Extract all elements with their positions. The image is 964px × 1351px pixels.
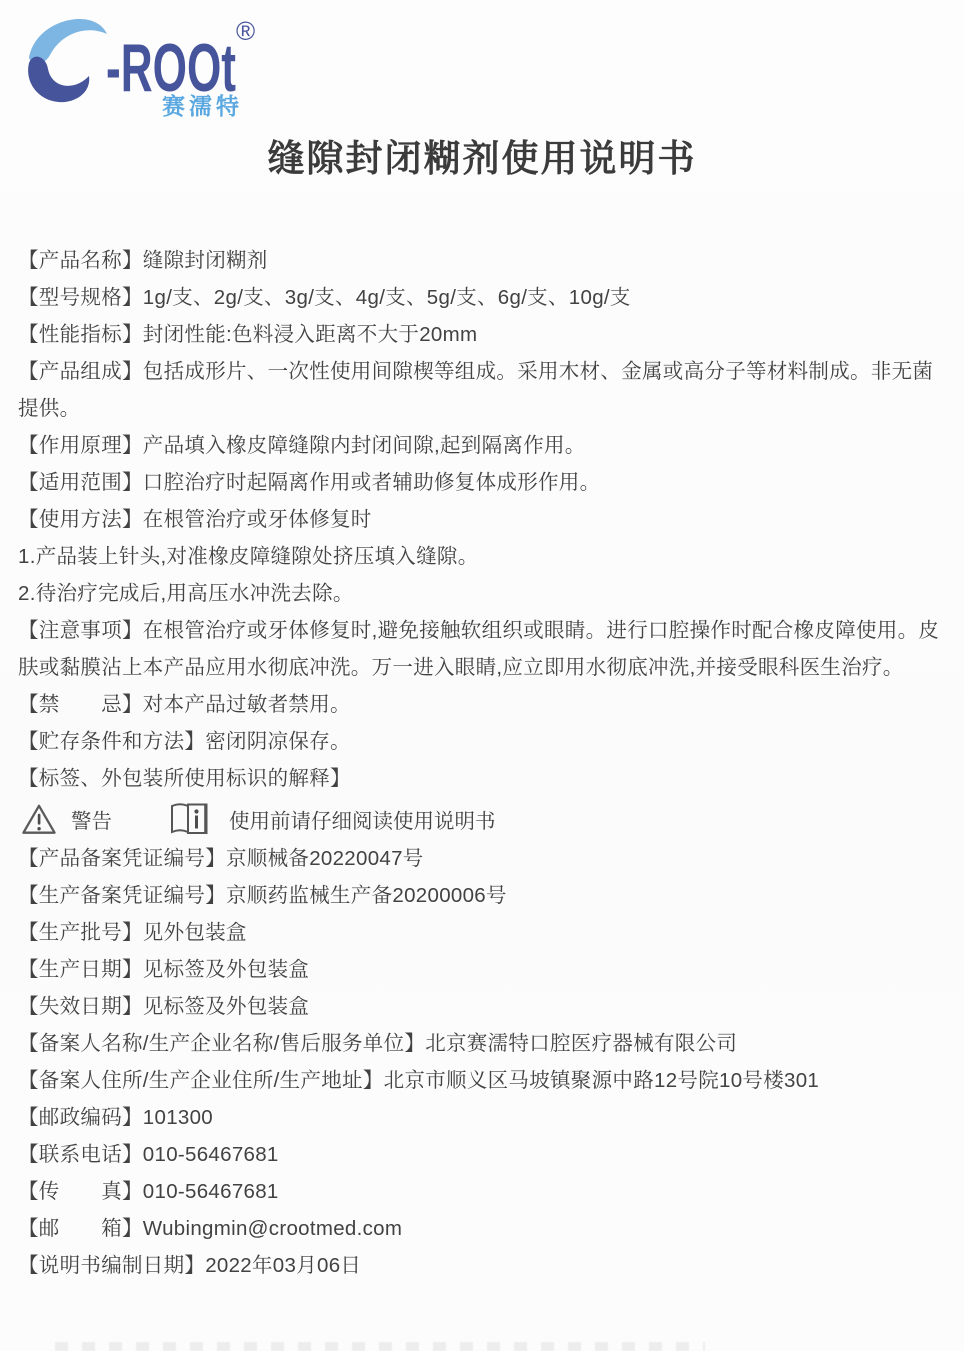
warning-triangle-icon: [20, 802, 58, 836]
document-line: 【生产日期】见标签及外包装盒: [18, 951, 942, 988]
document-line: 【传 真】010-56467681: [18, 1173, 942, 1210]
consult-instructions-booklet-icon: [168, 801, 214, 837]
read-instructions-label: 使用前请仔细阅读使用说明书: [229, 804, 496, 834]
label-symbols-row: 警告 使用前请仔细阅读使用说明书: [20, 798, 942, 839]
document-line: 【型号规格】1g/支、2g/支、3g/支、4g/支、5g/支、6g/支、10g/…: [18, 279, 942, 316]
document-line: 【作用原理】产品填入橡皮障缝隙内封闭间隙,起到隔离作用。: [18, 427, 942, 464]
registered-trademark-icon: ®: [236, 16, 255, 46]
croot-logo: -ROOt ® 赛濡特: [22, 12, 260, 118]
document-line: 【备案人名称/生产企业名称/售后服务单位】北京赛濡特口腔医疗器械有限公司: [18, 1025, 942, 1062]
document-line: 【贮存条件和方法】密闭阴凉保存。: [18, 723, 942, 760]
document-line: 1.产品装上针头,对准橡皮障缝隙处挤压填入缝隙。: [18, 538, 942, 575]
document-line: 【说明书编制日期】2022年03月06日: [18, 1247, 942, 1284]
document-line: 【邮 箱】Wubingmin@crootmed.com: [18, 1210, 942, 1247]
document-line: 【禁 忌】对本产品过敏者禁用。: [18, 686, 942, 723]
document-page: -ROOt ® 赛濡特 缝隙封闭糊剂使用说明书 【产品名称】缝隙封闭糊剂【型号规…: [0, 0, 964, 1351]
document-line: 【失效日期】见标签及外包装盒: [18, 988, 942, 1025]
document-line: 【产品名称】缝隙封闭糊剂: [18, 242, 942, 279]
document-line: 【标签、外包装所使用标识的解释】: [18, 760, 942, 797]
document-line: 【注意事项】在根管治疗或牙体修复时,避免接触软组织或眼睛。进行口腔操作时配合橡皮…: [18, 612, 942, 686]
cutoff-text-remnant: [55, 1342, 705, 1351]
document-line: 【生产批号】见外包装盒: [18, 914, 942, 951]
logo-subtext: 赛濡特: [162, 93, 243, 118]
section-after-symbols: 【产品备案凭证编号】京顺械备20220047号【生产备案凭证编号】京顺药监械生产…: [18, 840, 942, 1284]
document-line: 【产品组成】包括成形片、一次性使用间隙楔等组成。采用木材、金属或高分子等材料制成…: [18, 353, 942, 427]
document-line: 【适用范围】口腔治疗时起隔离作用或者辅助修复体成形作用。: [18, 464, 942, 501]
warning-label: 警告: [71, 804, 112, 834]
document-line: 【性能指标】封闭性能:色料浸入距离不大于20mm: [18, 316, 942, 353]
document-line: 【邮政编码】101300: [18, 1099, 942, 1136]
document-line: 2.待治疗完成后,用高压水冲洗去除。: [18, 575, 942, 612]
page-title: 缝隙封闭糊剂使用说明书: [0, 128, 964, 182]
document-line: 【生产备案凭证编号】京顺药监械生产备20200006号: [18, 877, 942, 914]
document-line: 【使用方法】在根管治疗或牙体修复时: [18, 501, 942, 538]
document-line: 【产品备案凭证编号】京顺械备20220047号: [18, 840, 942, 877]
tooth-swoosh-icon: [28, 19, 107, 102]
document-line: 【联系电话】010-56467681: [18, 1136, 942, 1173]
section-before-symbols: 【产品名称】缝隙封闭糊剂【型号规格】1g/支、2g/支、3g/支、4g/支、5g…: [18, 242, 942, 797]
document-body: 【产品名称】缝隙封闭糊剂【型号规格】1g/支、2g/支、3g/支、4g/支、5g…: [18, 242, 942, 1284]
document-line: 【备案人住所/生产企业住所/生产地址】北京市顺义区马坡镇聚源中路12号院10号楼…: [18, 1062, 942, 1099]
